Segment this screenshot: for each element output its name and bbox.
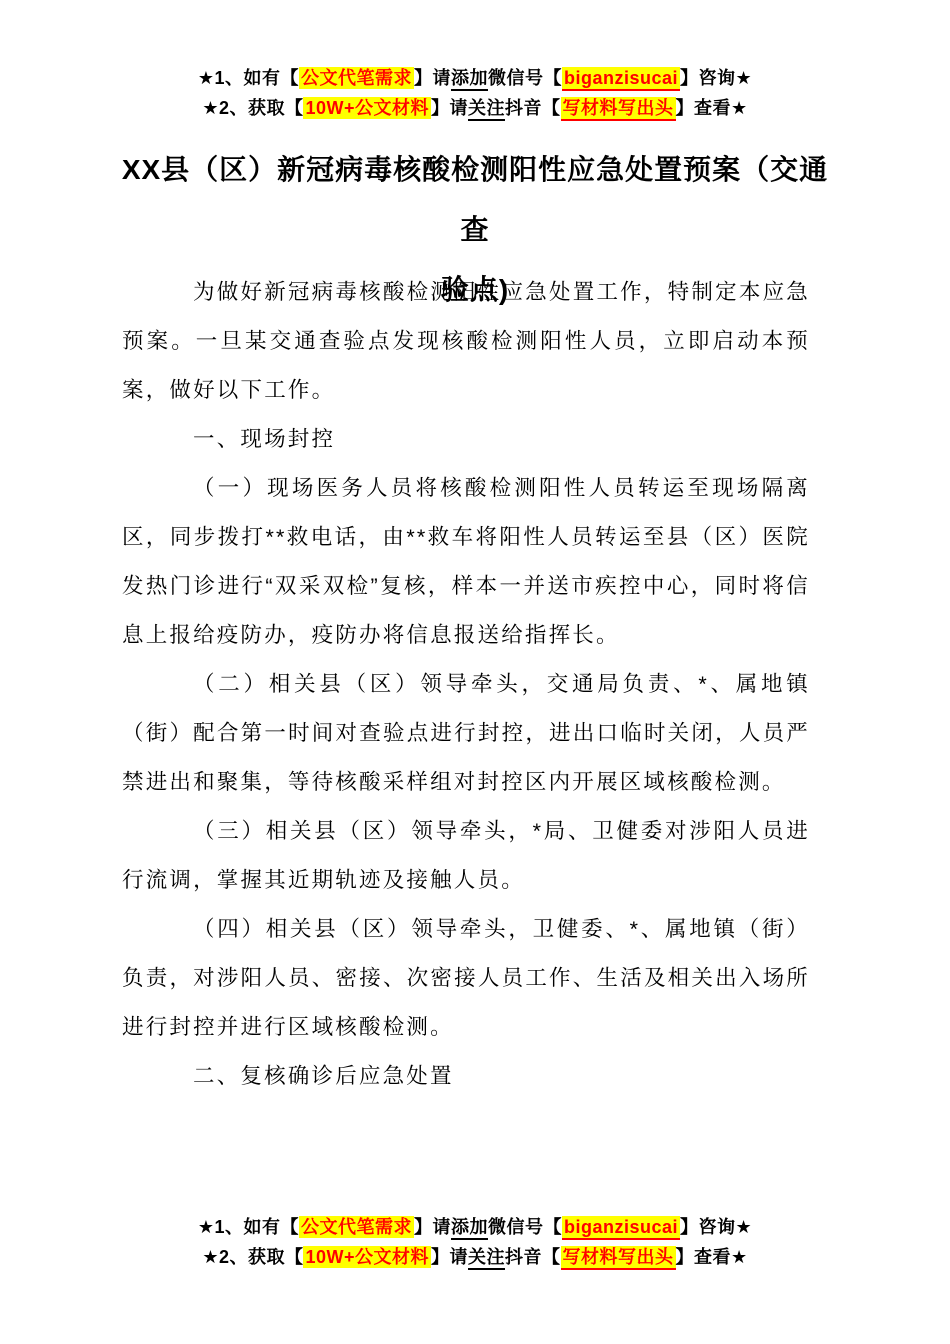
promo-underline-add: 添加: [451, 1217, 488, 1240]
promo-line-1: ★1、如有【公文代笔需求】请添加微信号【biganzisucai】咨询★: [0, 63, 950, 93]
promo-text: ★2、获取【: [202, 1247, 303, 1267]
promo-text: ★2、获取【: [202, 98, 303, 118]
promo-text: 】请: [414, 1217, 451, 1237]
promo-underline-follow: 关注: [468, 98, 505, 121]
promo-highlight-materials: 10W+公文材料: [303, 1246, 431, 1268]
item-4-paragraph: （四）相关县（区）领导牵头，卫健委、*、属地镇（街）负责，对涉阳人员、密接、次密…: [122, 905, 810, 1052]
promo-text: ★1、如有【: [198, 68, 299, 88]
promo-text: 】请: [431, 1247, 468, 1267]
promo-highlight-materials: 10W+公文材料: [303, 97, 431, 119]
promo-text: 微信号【: [488, 1217, 562, 1237]
promo-douyin-name: 写材料写出头: [561, 1246, 676, 1270]
promo-text: 】咨询★: [680, 1217, 752, 1237]
item-2-paragraph: （二）相关县（区）领导牵头，交通局负责、*、属地镇（街）配合第一时间对查验点进行…: [122, 660, 810, 807]
promo-banner-bottom: ★1、如有【公文代笔需求】请添加微信号【biganzisucai】咨询★ ★2、…: [0, 1212, 950, 1272]
section-heading-1: 一、现场封控: [122, 415, 810, 464]
section-heading-2: 二、复核确诊后应急处置: [122, 1052, 810, 1101]
item-3-paragraph: （三）相关县（区）领导牵头，*局、卫健委对涉阳人员进行流调，掌握其近期轨迹及接触…: [122, 807, 810, 905]
promo-underline-follow: 关注: [468, 1247, 505, 1270]
intro-paragraph: 为做好新冠病毒核酸检测阳性应急处置工作，特制定本应急预案。一旦某交通查验点发现核…: [122, 268, 810, 415]
promo-douyin-name: 写材料写出头: [561, 97, 676, 121]
promo-highlight-service: 公文代笔需求: [299, 67, 414, 89]
promo-highlight-service: 公文代笔需求: [299, 1216, 414, 1238]
promo-wechat-id: biganzisucai: [562, 1216, 680, 1240]
promo-text: 】查看★: [676, 1247, 748, 1267]
document-body: 为做好新冠病毒核酸检测阳性应急处置工作，特制定本应急预案。一旦某交通查验点发现核…: [122, 268, 810, 1101]
promo-line-2: ★2、获取【10W+公文材料】请关注抖音【写材料写出头】查看★: [0, 93, 950, 123]
promo-text: 】请: [414, 68, 451, 88]
promo-line-1: ★1、如有【公文代笔需求】请添加微信号【biganzisucai】咨询★: [0, 1212, 950, 1242]
promo-text: 】咨询★: [680, 68, 752, 88]
promo-line-2: ★2、获取【10W+公文材料】请关注抖音【写材料写出头】查看★: [0, 1242, 950, 1272]
item-1-paragraph: （一）现场医务人员将核酸检测阳性人员转运至现场隔离区，同步拨打**救电话，由**…: [122, 464, 810, 660]
promo-text: 抖音【: [505, 1247, 561, 1267]
promo-text: 抖音【: [505, 98, 561, 118]
promo-text: 微信号【: [488, 68, 562, 88]
promo-text: 】请: [431, 98, 468, 118]
promo-underline-add: 添加: [451, 68, 488, 91]
document-page: ★1、如有【公文代笔需求】请添加微信号【biganzisucai】咨询★ ★2、…: [0, 0, 950, 1344]
promo-text: 】查看★: [676, 98, 748, 118]
promo-text: ★1、如有【: [198, 1217, 299, 1237]
document-title-line-1: XX县（区）新冠病毒核酸检测阳性应急处置预案（交通查: [110, 140, 840, 260]
promo-wechat-id: biganzisucai: [562, 67, 680, 91]
promo-banner-top: ★1、如有【公文代笔需求】请添加微信号【biganzisucai】咨询★ ★2、…: [0, 63, 950, 123]
